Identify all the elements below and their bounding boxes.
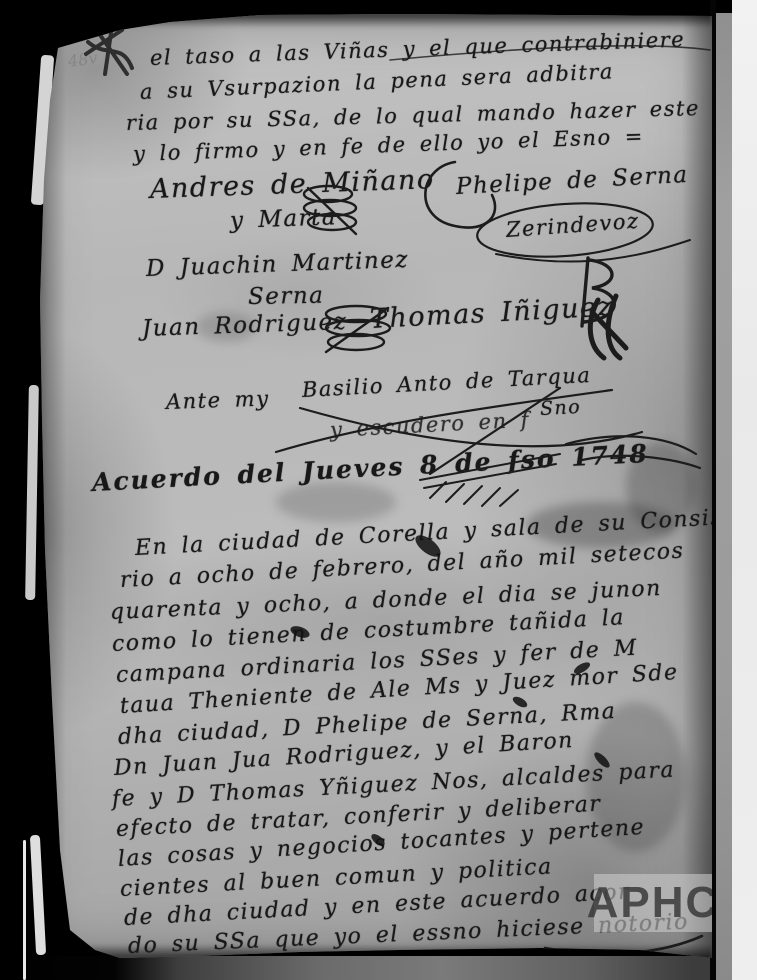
- manuscript-scan: 48v el taso a las Viñas y el que contrab…: [0, 0, 757, 980]
- signature: Phelipe de Serna: [455, 162, 689, 200]
- ink-stain: [276, 482, 396, 522]
- signature-tail: [496, 240, 690, 262]
- signature: Zerindevoz: [505, 209, 640, 242]
- notary-ante: Ante my: [166, 386, 270, 414]
- notary-sno: Sno: [539, 396, 581, 420]
- notary-below: y escudero en f: [329, 408, 530, 442]
- signature: Thomas Iñiguez: [369, 291, 614, 335]
- cover-edge-line: [23, 840, 26, 980]
- signature: y Marta: [230, 204, 338, 234]
- page-stack-sliver: [25, 385, 39, 600]
- folio-number: 48v: [67, 48, 99, 71]
- aphc-watermark: APHC: [594, 874, 712, 932]
- manuscript-page: 48v el taso a las Viñas y el que contrab…: [26, 12, 712, 960]
- page-top-edge-shadow: [66, 12, 712, 28]
- table-surface: [0, 956, 714, 980]
- facing-page-edge: [716, 13, 732, 980]
- page-stack-sliver: [30, 835, 46, 955]
- signature: Juan Rodriguez: [142, 309, 348, 342]
- signature: Andres de Miñano: [149, 164, 435, 205]
- scanner-margin: [732, 0, 757, 980]
- signature: D Juachin Martinez: [146, 247, 410, 282]
- signature: Serna: [248, 283, 325, 310]
- notary-name: Basilio Anto de Tarqua: [301, 363, 591, 402]
